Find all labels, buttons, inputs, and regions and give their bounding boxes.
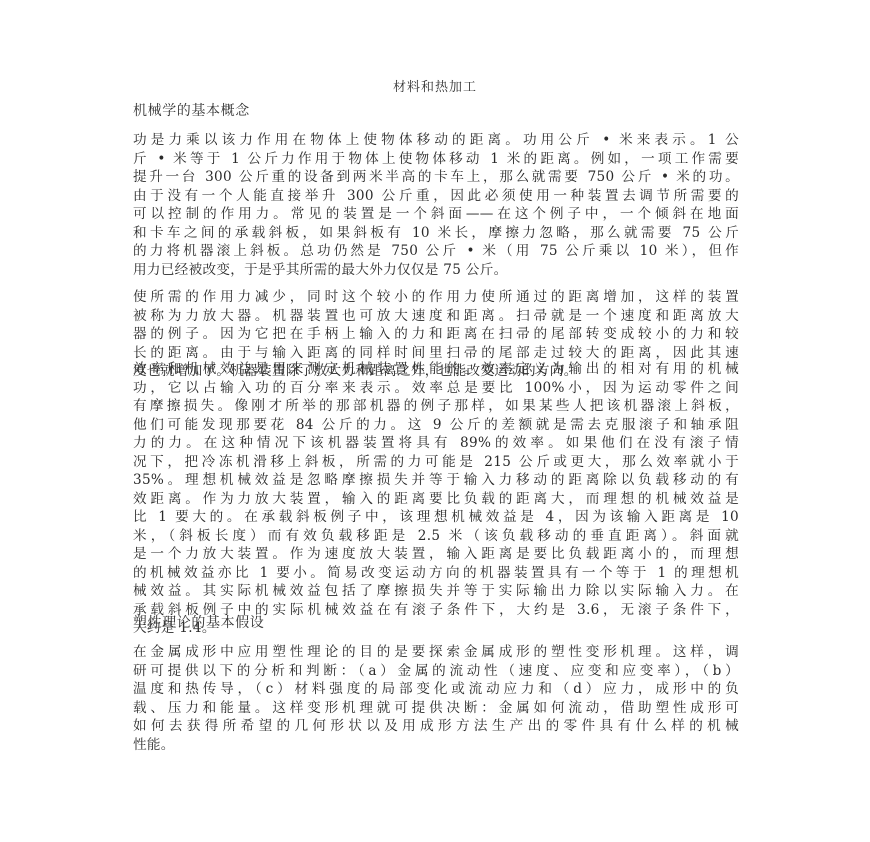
text-line: 被称为力放大器。机器装置也可放大速度和距离。扫帚就是一个速度和距离放大 (133, 307, 739, 326)
text-line: 载、压力和能量。这样变形机理就可提供决断：金属如何流动，借助塑性成形可 (133, 699, 739, 718)
text-line: 械效益。其实际机械效益包括了摩擦损失并等于实际输出力除以实际输入力。在 (133, 582, 739, 601)
text-line: 使所需的作用力减少，同时这个较小的作用力使所通过的距离增加，这样的装置 (133, 288, 739, 307)
paragraph-work-definition: 功是力乘以该力作用在物体上使物体移动的距离。功用公斤 • 米来表示。1 公 斤 … (133, 131, 739, 279)
document-page: 材料和热加工 机械学的基本概念 功是力乘以该力作用在物体上使物体移动的距离。功用… (0, 0, 870, 842)
text-line: 况下，把冷冻机滑移上斜板，所需的力可能是 215 公斤或更大，那么效率就小于 (133, 453, 739, 472)
text-line: 功，它以占输入功的百分率来表示。效率总是要比 100%小，因为运动零件之间 (133, 379, 739, 398)
text-line: 如何去获得所希望的几何形状以及用成形方法生产出的零件具有什么样的机械 (133, 717, 739, 736)
text-line: 用力已经被改变，于是乎其所需的最大外力仅仅是 75 公斤。 (133, 261, 739, 280)
text-line: 的机械效益亦比 1 要小。简易改变运动方向的机器装置具有一个等于 1 的理想机 (133, 564, 739, 583)
text-line: 35%。理想机械效益是忽略摩擦损失并等于输入力移动的距离除以负载移动的有 (133, 471, 739, 490)
paragraph-plasticity-theory: 在金属成形中应用塑性理论的目的是要探索金属成形的塑性变形机理。这样，调 研可提供… (133, 643, 739, 754)
text-line: 是一个力放大装置。作为速度放大装置，输入距离是要比负载距离小的，而理想 (133, 545, 739, 564)
text-line: 功是力乘以该力作用在物体上使物体移动的距离。功用公斤 • 米来表示。1 公 (133, 131, 739, 150)
text-line: 由于没有一个人能直接举升 300 公斤重，因此必须使用一种装置去调节所需要的 (133, 187, 739, 206)
text-line: 研可提供以下的分析和判断：（a）金属的流动性（速度、应变和应变率），（b） (133, 662, 739, 681)
document-title: 材料和热加工 (0, 76, 870, 95)
text-line: 提升一台 300 公斤重的设备到两米半高的卡车上，那么就需要 750 公斤 • … (133, 168, 739, 187)
text-line: 器的例子。因为它把在手柄上输入的力和距离在扫帚的尾部转变成较小的力和较 (133, 325, 739, 344)
text-line: 比 1 要大的。在承载斜板例子中，该理想机械效益是 4，因为该输入距离是 10 (133, 508, 739, 527)
text-line: 效率和机械效益是用来测定机械装置性能的。效率定义为输出的相对有用的机械 (133, 360, 739, 379)
section-heading-mechanics: 机械学的基本概念 (133, 100, 250, 120)
text-line: 和卡车之间的承载斜板，如果斜板有 10 米长，摩擦力忽略，那么就需要 75 公斤 (133, 224, 739, 243)
text-line: 有摩擦损失。像刚才所举的那部机器的例子那样，如果某些人把该机器滚上斜板， (133, 397, 739, 416)
text-line: 力的力。在这种情况下该机器装置将具有 89%的效率。如果他们在没有滚子情 (133, 434, 739, 453)
text-line: 的力将机器滚上斜板。总功仍然是 750 公斤 • 米（用 75 公斤乘以 10 … (133, 242, 739, 261)
text-line: 温度和热传导，（c）材料强度的局部变化或流动应力和（d）应力，成形中的负 (133, 680, 739, 699)
text-line: 效距离。作为力放大装置，输入的距离要比负载的距离大，而理想的机械效益是 (133, 490, 739, 509)
text-line: 斤 • 米等于 1 公斤力作用于物体上使物体移动 1 米的距离。例如，一项工作需… (133, 150, 739, 169)
paragraph-efficiency: 效率和机械效益是用来测定机械装置性能的。效率定义为输出的相对有用的机械 功，它以… (133, 360, 739, 638)
text-line: 在金属成形中应用塑性理论的目的是要探索金属成形的塑性变形机理。这样，调 (133, 643, 739, 662)
text-line: 米，（斜板长度）而有效负载移距是 2.5 米（该负载移动的垂直距离）。斜面就 (133, 527, 739, 546)
text-line: 性能。 (133, 736, 739, 755)
text-line: 他们可能发现那要花 84 公斤的力。这 9 公斤的差额就是需去克服滚子和轴承阻 (133, 416, 739, 435)
text-line: 可以控制的作用力。常见的装置是一个斜面——在这个例子中，一个倾斜在地面 (133, 205, 739, 224)
section-heading-plasticity: 塑性理论的基本假设 (133, 612, 264, 632)
